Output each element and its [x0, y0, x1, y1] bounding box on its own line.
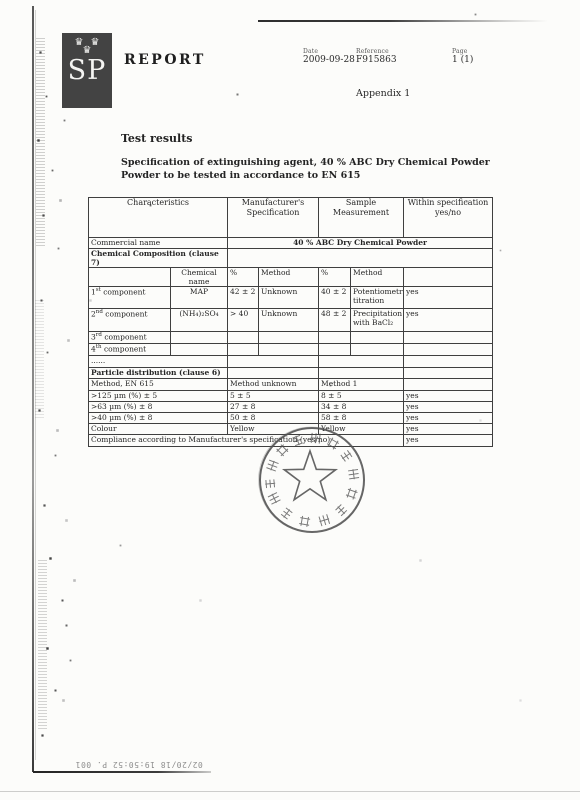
col-characteristics: Characteristics — [89, 198, 228, 238]
report-subtitle: Specification of extinguishing agent, 40… — [121, 157, 491, 182]
colour-label: Colour — [89, 424, 228, 435]
component-2-sample-pct: 48 ± 2 — [319, 309, 351, 332]
scan-noise-strip — [38, 560, 47, 730]
reference-value: F915863 — [356, 55, 397, 65]
empty-cell — [228, 368, 319, 379]
empty-cell — [404, 356, 493, 368]
scan-noise-strip — [36, 38, 45, 248]
sieve-125-sample: 8 ± 5 — [319, 391, 404, 402]
component-1-chemical: MAP — [171, 287, 228, 309]
component-2-within: yes — [404, 309, 493, 332]
compliance-within: yes — [404, 435, 493, 447]
empty-cell — [228, 344, 259, 356]
subheader-chemical-name: Chemical name — [171, 268, 228, 287]
subheader-pct-manufacturer: % — [228, 268, 259, 287]
component-2-chemical: (NH₄)₂SO₄ — [171, 309, 228, 332]
reference-label: Reference — [356, 48, 397, 55]
component-1-sample-method: Potentiometric titration — [351, 287, 404, 309]
sieve-125-manufacturer: 5 ± 5 — [228, 391, 319, 402]
particle-distribution-label: Particle distribution (clause 6) — [89, 368, 228, 379]
colour-within: yes — [404, 424, 493, 435]
empty-cell — [351, 344, 404, 356]
date-label: Date — [303, 48, 355, 55]
component-1-mspec-method: Unknown — [259, 287, 319, 309]
chinese-seal-stamp: 化工有限公司 — [246, 419, 380, 543]
empty-cell — [404, 379, 493, 391]
empty-cell — [259, 332, 319, 344]
empty-cell — [404, 344, 493, 356]
sieve-125-within: yes — [404, 391, 493, 402]
component-3-row: 3rd component — [89, 332, 493, 344]
sp-logo-text: SP — [68, 57, 107, 84]
chemical-composition-label: Chemical Composition (clause 7) — [89, 249, 228, 268]
component-2-label: 2nd component — [89, 309, 171, 332]
scanned-report-page: ♛ ♛ ♛ SP REPORT Date 2009-09-28 Referenc… — [0, 0, 580, 800]
empty-cell — [319, 332, 351, 344]
dots-cell: ...... — [89, 356, 228, 368]
within-specification-text: Within specification yes/no — [408, 198, 489, 217]
dots-row: ...... — [89, 356, 493, 368]
section-title: Test results — [121, 132, 192, 145]
sp-logo: ♛ ♛ ♛ SP — [62, 33, 112, 108]
method-row-sample: Method 1 — [319, 379, 404, 391]
scan-left-edge-line — [32, 6, 34, 772]
table-header-row: Characteristics Manufacturer's Specifica… — [89, 198, 493, 238]
sieve-63-manufacturer: 27 ± 8 — [228, 402, 319, 413]
empty-cell — [89, 268, 171, 287]
subtitle-line-2: Powder to be tested in accordance to EN … — [121, 170, 491, 183]
empty-cell — [319, 368, 404, 379]
empty-cell — [351, 332, 404, 344]
component-1-sample-pct: 40 ± 2 — [319, 287, 351, 309]
scan-top-edge-line — [258, 20, 548, 22]
scan-noise-strip — [35, 300, 44, 420]
empty-cell — [404, 268, 493, 287]
component-1-label: 1st component — [89, 287, 171, 309]
test-results-table: Characteristics Manufacturer's Specifica… — [88, 197, 492, 447]
empty-cell — [404, 332, 493, 344]
component-1-mspec-pct: 42 ± 2 — [228, 287, 259, 309]
empty-cell — [404, 368, 493, 379]
footnote-mark: * — [465, 200, 468, 207]
sieve-125-label: >125 µm (%) ± 5 — [89, 391, 228, 402]
sieve-40-label: >40 µm (%) ± 8 — [89, 413, 228, 424]
col-sample-measurement: Sample Measurement — [319, 198, 404, 238]
empty-cell — [171, 344, 228, 356]
scan-page-bottom-line — [0, 791, 580, 792]
subheader-method-manufacturer: Method — [259, 268, 319, 287]
page-label: Page — [452, 48, 473, 55]
method-row-manufacturer: Method unknown — [228, 379, 319, 391]
meta-page: Page 1 (1) — [452, 48, 473, 65]
component-4-row: 4th component — [89, 344, 493, 356]
appendix-label: Appendix 1 — [356, 88, 410, 99]
empty-cell — [259, 344, 319, 356]
component-1-row: 1st component MAP 42 ± 2 Unknown 40 ± 2 … — [89, 287, 493, 309]
method-row-label: Method, EN 615 — [89, 379, 228, 391]
commercial-name-value: 40 % ABC Dry Chemical Powder — [228, 238, 493, 249]
fax-timestamp-footer: 02/20/18 19:50:52 P. 001 — [46, 760, 232, 769]
sieve-63-sample: 34 ± 8 — [319, 402, 404, 413]
particle-distribution-row: Particle distribution (clause 6) — [89, 368, 493, 379]
scan-speckles-light — [0, 0, 1, 1]
subheader-row: Chemical name % Method % Method — [89, 268, 493, 287]
crown-icon: ♛ — [91, 38, 100, 48]
table-row: >125 µm (%) ± 5 5 ± 5 8 ± 5 yes — [89, 391, 493, 402]
component-2-mspec-method: Unknown — [259, 309, 319, 332]
subheader-pct-sample: % — [319, 268, 351, 287]
empty-cell — [319, 356, 404, 368]
commercial-name-label: Commercial name — [89, 238, 228, 249]
empty-cell — [171, 332, 228, 344]
sieve-40-within: yes — [404, 413, 493, 424]
component-1-within: yes — [404, 287, 493, 309]
col-manufacturer-specification: Manufacturer's Specification — [228, 198, 319, 238]
meta-date: Date 2009-09-28 — [303, 48, 355, 65]
table-row: >63 µm (%) ± 8 27 ± 8 34 ± 8 yes — [89, 402, 493, 413]
subheader-method-sample: Method — [351, 268, 404, 287]
component-4-label: 4th component — [89, 344, 171, 356]
sieve-63-label: >63 µm (%) ± 8 — [89, 402, 228, 413]
report-title: REPORT — [124, 52, 206, 68]
page-value: 1 (1) — [452, 55, 473, 65]
chemical-composition-row: Chemical Composition (clause 7) — [89, 249, 493, 268]
method-row: Method, EN 615 Method unknown Method 1 — [89, 379, 493, 391]
component-3-label: 3rd component — [89, 332, 171, 344]
component-2-mspec-pct: > 40 — [228, 309, 259, 332]
empty-cell — [319, 344, 351, 356]
scan-bottom-edge-line — [33, 771, 211, 773]
commercial-name-row: Commercial name 40 % ABC Dry Chemical Po… — [89, 238, 493, 249]
component-2-sample-method: Precipitation with BaCl₂ — [351, 309, 404, 332]
date-value: 2009-09-28 — [303, 55, 355, 65]
meta-reference: Reference F915863 — [356, 48, 397, 65]
empty-cell — [228, 249, 493, 268]
empty-cell — [228, 356, 319, 368]
component-2-row: 2nd component (NH₄)₂SO₄ > 40 Unknown 48 … — [89, 309, 493, 332]
col-within-specification: *Within specification yes/no — [404, 198, 493, 238]
sieve-63-within: yes — [404, 402, 493, 413]
subtitle-line-1: Specification of extinguishing agent, 40… — [121, 157, 491, 170]
empty-cell — [228, 332, 259, 344]
